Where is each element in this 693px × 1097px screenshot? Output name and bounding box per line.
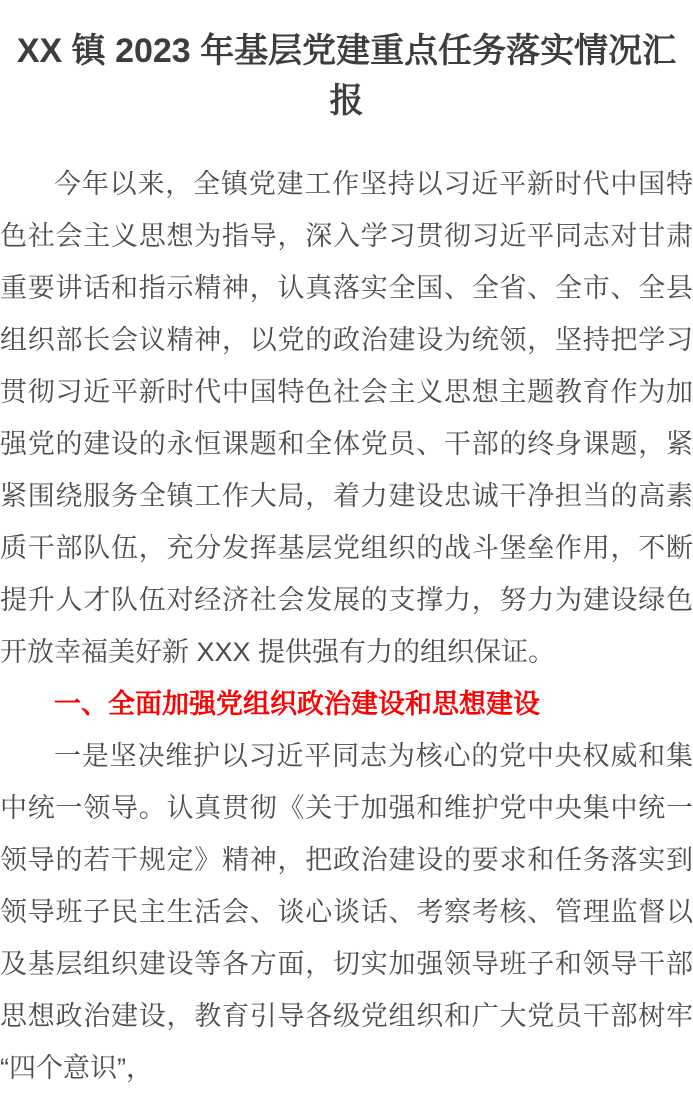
section-1-heading: 一、全面加强党组织政治建设和思想建设 bbox=[0, 678, 693, 730]
intro-paragraph: 今年以来，全镇党建工作坚持以习近平新时代中国特色社会主义思想为指导，深入学习贯彻… bbox=[0, 158, 693, 678]
document-page: XX 镇 2023 年基层党建重点任务落实情况汇报 今年以来，全镇党建工作坚持以… bbox=[0, 26, 693, 1094]
document-title: XX 镇 2023 年基层党建重点任务落实情况汇报 bbox=[0, 26, 693, 126]
section-1-body-paragraph: 一是坚决维护以习近平同志为核心的党中央权威和集中统一领导。认真贯彻《关于加强和维… bbox=[0, 730, 693, 1094]
